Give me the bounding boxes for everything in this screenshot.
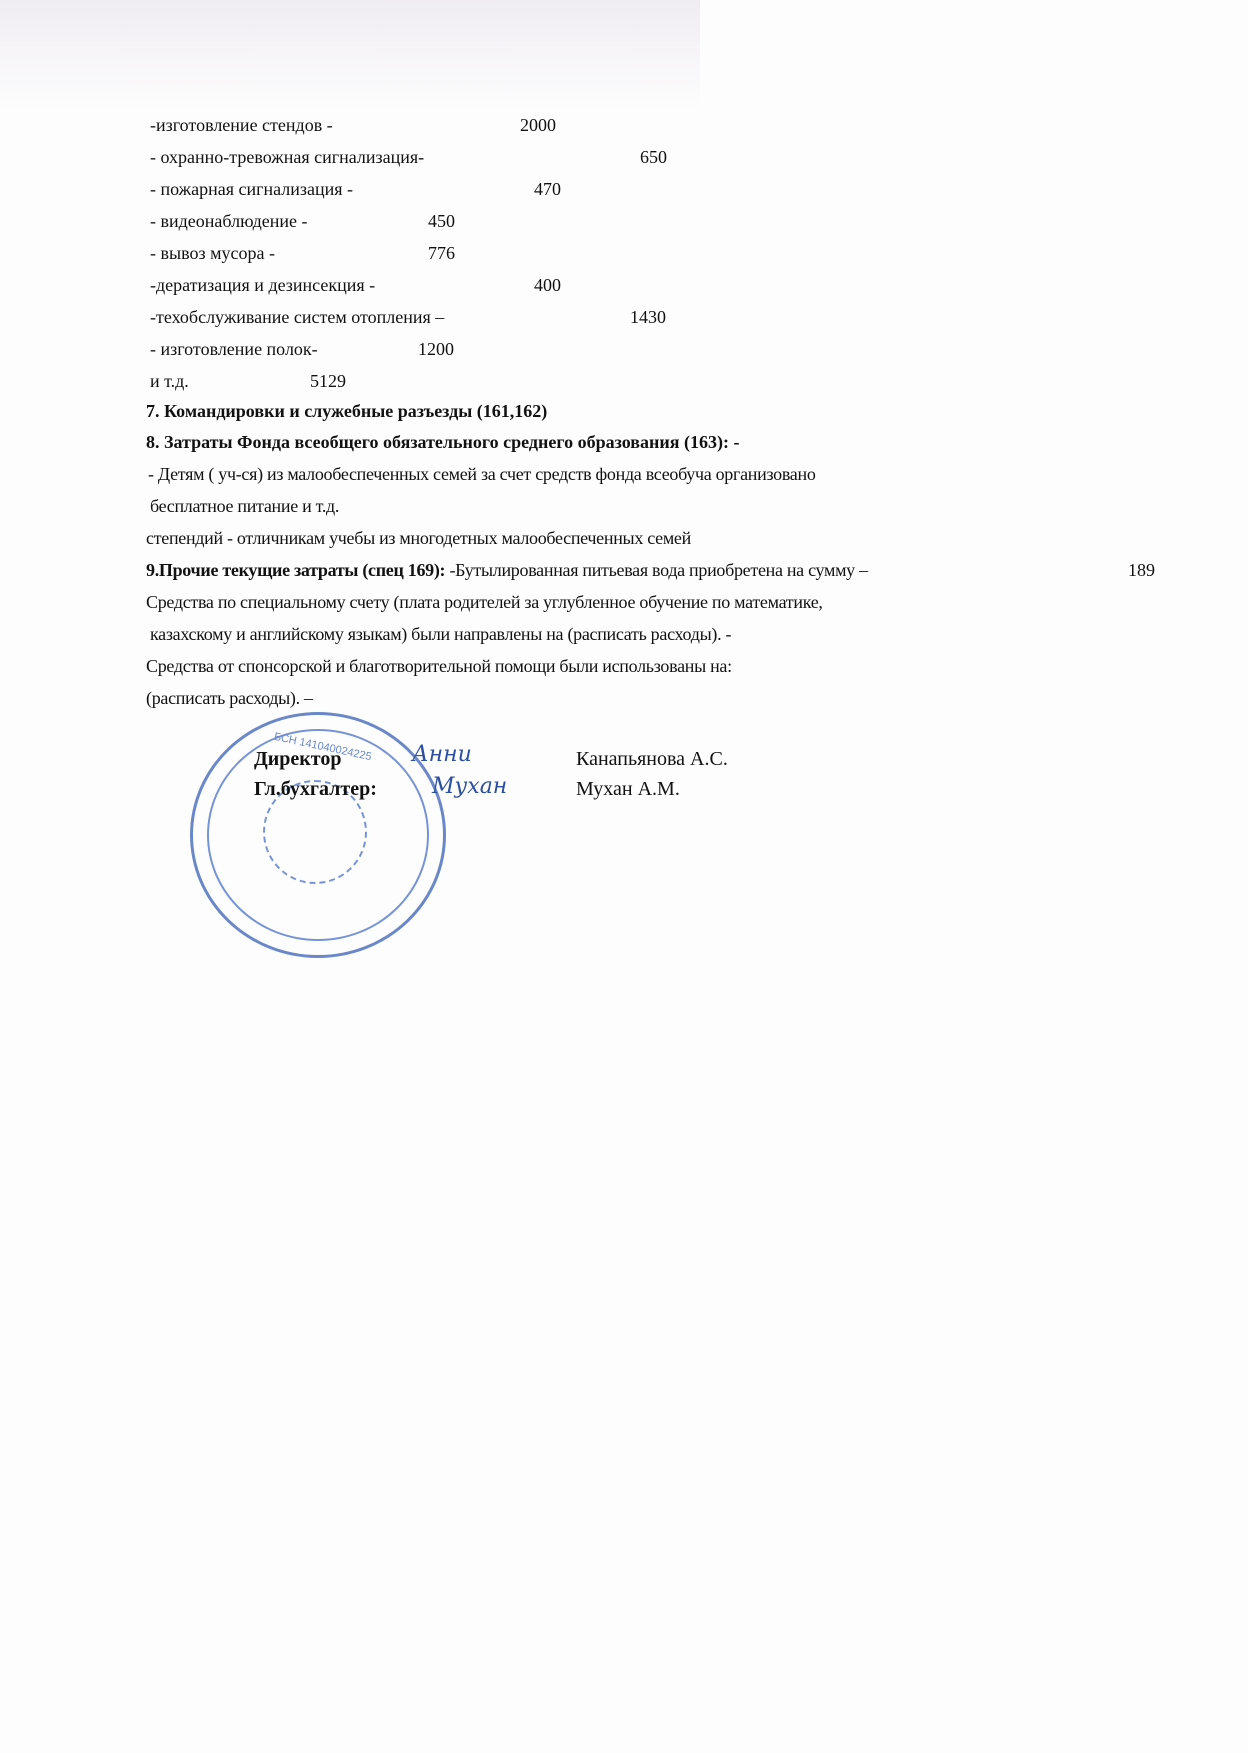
- accountant-signature: Мухан: [432, 774, 507, 799]
- accountant-label: Гл.бухгалтер:: [254, 778, 377, 801]
- expense-amount: 1200: [418, 338, 454, 360]
- director-label: Директор: [254, 748, 342, 771]
- section-9-text: -Бутылированная питьевая вода приобретен…: [449, 560, 867, 580]
- expense-label: - видеонаблюдение -: [150, 210, 308, 232]
- expense-label: -изготовление стендов -: [150, 114, 333, 136]
- expense-label: - вывоз мусора -: [150, 242, 275, 264]
- scan-shadow: [0, 0, 700, 110]
- sponsorship-line: (расписать расходы). –: [146, 687, 313, 709]
- expense-label: -техобслуживание систем отопления –: [150, 306, 444, 328]
- expense-amount: 400: [534, 274, 561, 296]
- special-account-line: казахскому и английскому языкам) были на…: [150, 623, 731, 645]
- expense-label: и т.д.: [150, 370, 189, 392]
- section-8-line: - Детям ( уч-ся) из малообеспеченных сем…: [148, 463, 816, 485]
- expense-amount: 650: [640, 146, 667, 168]
- document-page: -изготовление стендов - 2000 - охранно-т…: [0, 0, 1248, 1753]
- section-8-line: бесплатное питание и т.д.: [150, 495, 339, 517]
- expense-amount: 1430: [630, 306, 666, 328]
- expense-amount: 776: [428, 242, 455, 264]
- director-name: Канапьянова А.С.: [576, 748, 728, 771]
- expense-label: - пожарная сигнализация -: [150, 178, 353, 200]
- director-signature: Анни: [412, 742, 472, 767]
- section-7-heading: 7. Командировки и служебные разъезды (16…: [146, 400, 547, 422]
- expense-amount: 5129: [310, 370, 346, 392]
- section-9-heading: 9.Прочие текущие затраты (спец 169):: [146, 560, 445, 580]
- expense-label: -дератизация и дезинсекция -: [150, 274, 375, 296]
- sponsorship-line: Средства от спонсорской и благотворитель…: [146, 655, 732, 677]
- section-8-heading: 8. Затраты Фонда всеобщего обязательного…: [146, 431, 739, 453]
- expense-amount: 450: [428, 210, 455, 232]
- section-9: 9.Прочие текущие затраты (спец 169): -Бу…: [146, 559, 868, 581]
- expense-amount: 470: [534, 178, 561, 200]
- accountant-name: Мухан А.М.: [576, 778, 680, 801]
- expense-label: - изготовление полок-: [150, 338, 318, 360]
- section-8-line: степендий - отличникам учебы из многодет…: [146, 527, 691, 549]
- expense-label: - охранно-тревожная сигнализация-: [150, 146, 424, 168]
- special-account-line: Средства по специальному счету (плата ро…: [146, 591, 823, 613]
- expense-amount: 2000: [520, 114, 556, 136]
- section-9-amount: 189: [1128, 559, 1155, 581]
